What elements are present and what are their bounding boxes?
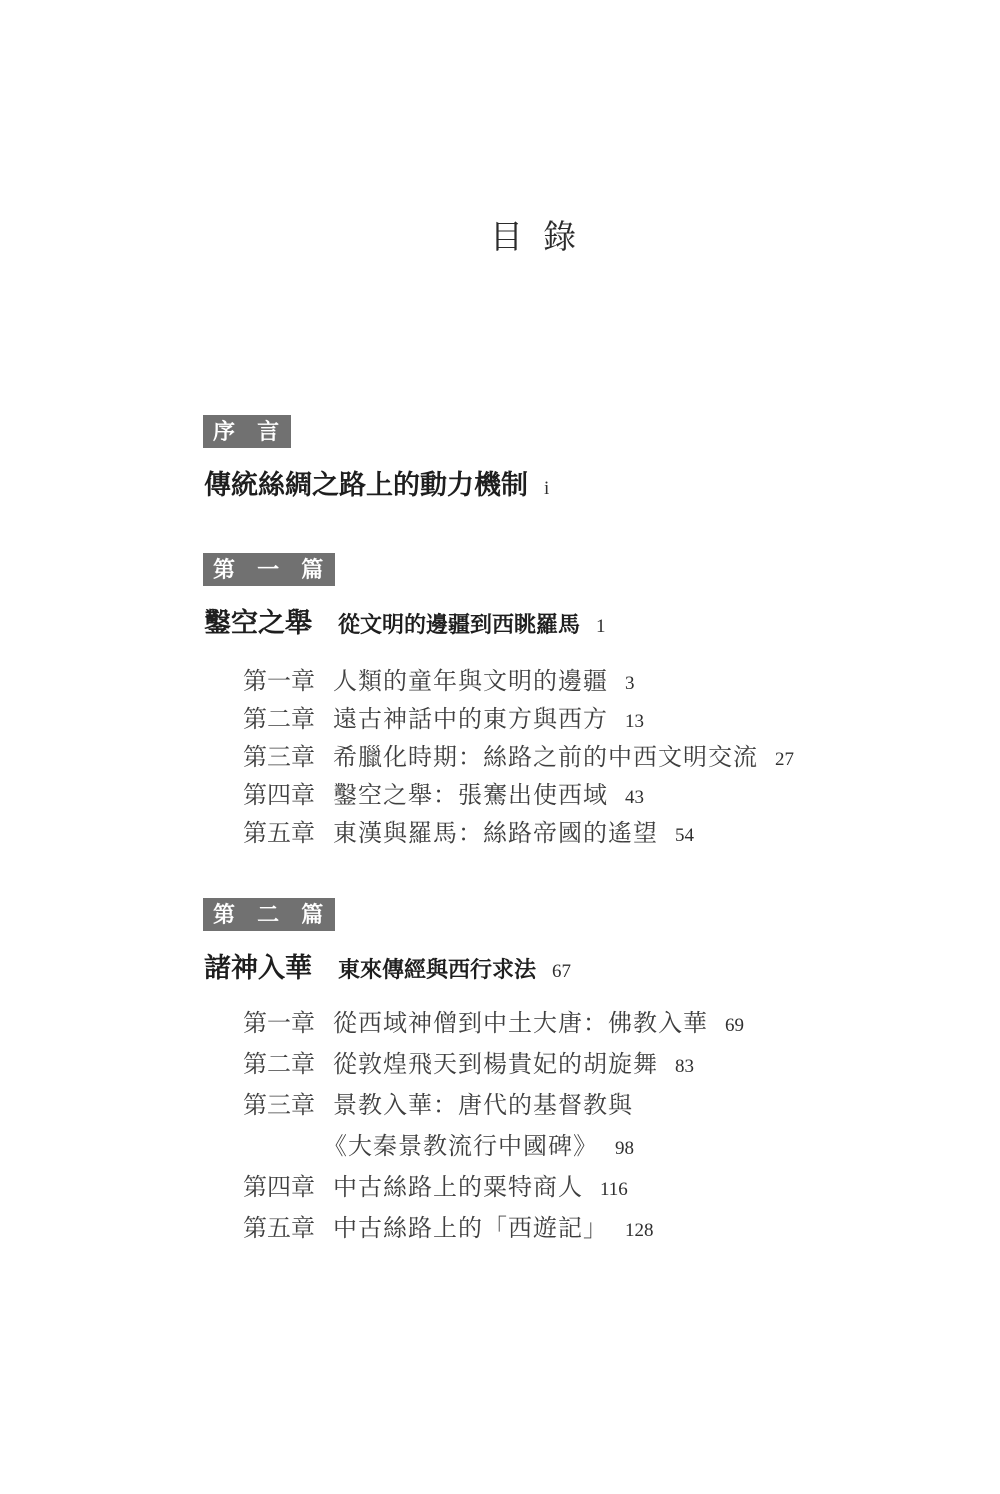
part2-page-number: 67 [552, 961, 571, 982]
chapter-row: 第一章從西域神僧到中土大唐：佛教入華69 [243, 1003, 744, 1031]
chapter-title: 鑿空之舉：張騫出使西域 [333, 775, 608, 810]
chapter-row: 第三章景教入華：唐代的基督教與 [243, 1085, 744, 1113]
chapter-row: 第四章中古絲路上的粟特商人116 [243, 1167, 744, 1195]
chapter-page-number: 43 [625, 787, 644, 809]
chapter-page-number: 13 [625, 711, 644, 733]
chapter-row: 第二章從敦煌飛天到楊貴妃的胡旋舞83 [243, 1044, 744, 1072]
part2-title: 諸神入華 [204, 953, 312, 983]
part2-chapter-list: 第一章從西域神僧到中土大唐：佛教入華69 第二章從敦煌飛天到楊貴妃的胡旋舞83 … [243, 1003, 744, 1249]
chapter-label: 第一章 [243, 1003, 333, 1038]
chapter-label: 第四章 [243, 1167, 333, 1202]
chapter-label: 第四章 [243, 775, 333, 810]
preface-title-line: 傳統絲綢之路上的動力機制i [204, 463, 549, 502]
chapter-title: 中古絲路上的粟特商人 [333, 1167, 583, 1202]
preface-title: 傳統絲綢之路上的動力機制 [204, 470, 528, 500]
chapter-page-number: 69 [725, 1015, 744, 1037]
chapter-title: 從西域神僧到中土大唐：佛教入華 [333, 1003, 708, 1038]
chapter-page-number: 128 [625, 1220, 654, 1242]
chapter-label: 第五章 [243, 1208, 333, 1243]
chapter-label: 第二章 [243, 1044, 333, 1079]
page-title: 目 錄 [36, 211, 1000, 258]
part1-title: 鑿空之舉 [204, 608, 312, 638]
chapter-title: 《大秦景教流行中國碑》 [323, 1126, 598, 1161]
chapter-page-number: 116 [600, 1179, 628, 1201]
part2-badge: 第 二 篇 [203, 898, 335, 931]
chapter-row: 第三章希臘化時期：絲路之前的中西文明交流27 [243, 737, 794, 765]
part2-subtitle: 東來傳經與西行求法 [338, 957, 536, 982]
chapter-label: 第二章 [243, 699, 333, 734]
chapter-label: 第一章 [243, 661, 333, 696]
chapter-row: 第一章人類的童年與文明的邊疆3 [243, 661, 794, 689]
part1-chapter-list: 第一章人類的童年與文明的邊疆3 第二章遠古神話中的東方與西方13 第三章希臘化時… [243, 661, 794, 851]
chapter-title: 東漢與羅馬：絲路帝國的遙望 [333, 813, 658, 848]
part1-page-number: 1 [596, 616, 606, 637]
chapter-page-number: 54 [675, 825, 694, 847]
chapter-title: 遠古神話中的東方與西方 [333, 699, 608, 734]
preface-page-number: i [544, 478, 549, 499]
part2-title-line: 諸神入華東來傳經與西行求法67 [204, 946, 571, 985]
toc-page: 目 錄 序 言 傳統絲綢之路上的動力機制i 第 一 篇 鑿空之舉從文明的邊疆到西… [0, 0, 1000, 1494]
chapter-title: 景教入華：唐代的基督教與 [333, 1085, 633, 1120]
chapter-page-number: 83 [675, 1056, 694, 1078]
part1-subtitle: 從文明的邊疆到西眺羅馬 [338, 612, 580, 637]
chapter-row: 第四章鑿空之舉：張騫出使西域43 [243, 775, 794, 803]
chapter-row-continuation: 《大秦景教流行中國碑》98 [243, 1126, 744, 1154]
chapter-row: 第二章遠古神話中的東方與西方13 [243, 699, 794, 727]
chapter-title: 從敦煌飛天到楊貴妃的胡旋舞 [333, 1044, 658, 1079]
chapter-page-number: 27 [775, 749, 794, 771]
chapter-label: 第三章 [243, 1085, 333, 1120]
chapter-row: 第五章東漢與羅馬：絲路帝國的遙望54 [243, 813, 794, 841]
part1-badge: 第 一 篇 [203, 553, 335, 586]
chapter-title: 人類的童年與文明的邊疆 [333, 661, 608, 696]
chapter-page-number: 98 [615, 1138, 634, 1160]
chapter-row: 第五章中古絲路上的「西遊記」128 [243, 1208, 744, 1236]
chapter-title: 中古絲路上的「西遊記」 [333, 1208, 608, 1243]
chapter-label: 第三章 [243, 737, 333, 772]
part1-title-line: 鑿空之舉從文明的邊疆到西眺羅馬1 [204, 601, 606, 640]
chapter-label: 第五章 [243, 813, 333, 848]
preface-badge: 序 言 [203, 415, 291, 448]
chapter-title: 希臘化時期：絲路之前的中西文明交流 [333, 737, 758, 772]
chapter-page-number: 3 [625, 673, 635, 695]
